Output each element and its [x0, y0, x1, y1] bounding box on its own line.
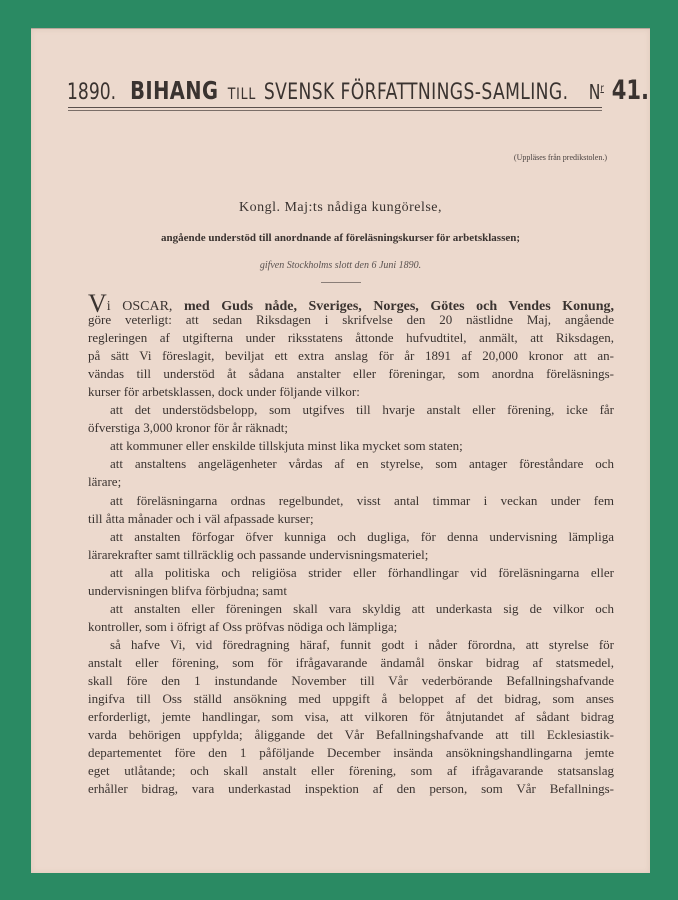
drop-cap: V — [88, 289, 107, 318]
publication-header: 1890. BIHANG TILL SVENSK FÖRFATTNINGS-SA… — [67, 75, 500, 106]
body-line: att kommuner eller enskilde tillskjuta m… — [88, 437, 614, 455]
body-line: lärare; — [88, 473, 614, 491]
body-line: att anstalten eller föreningen skall var… — [88, 600, 614, 618]
body-line: regleringen af utgifterna under riksstat… — [88, 329, 614, 347]
nr-sup: r — [600, 81, 604, 94]
decree-given-date: gifven Stockholms slott den 6 Juni 1890. — [31, 260, 650, 271]
body-line: skall före den 1 instundande November ti… — [88, 672, 614, 690]
header-nr: Nr — [589, 80, 604, 104]
body-line: undervisningen blifva förbjudna; samt — [88, 582, 614, 600]
reading-note: (Uppläses från predikstolen.) — [514, 153, 607, 162]
body-line: till åtta månader och i väl afpassade ku… — [88, 510, 614, 528]
body-line: eget utlåtande; och skall anstalt eller … — [88, 762, 614, 780]
header-rule-bottom — [68, 110, 602, 111]
decree-title: Kongl. Maj:ts nådiga kungörelse, — [31, 200, 650, 216]
header-till: TILL — [228, 84, 256, 103]
body-line: att anstalten förfogar öfver kunniga och… — [88, 528, 614, 546]
body-line: att föreläsningarna ordnas regelbundet, … — [88, 492, 614, 510]
body-line: öfverstiga 3,000 kronor för år räknadt; — [88, 419, 614, 437]
header-rule-top — [68, 107, 602, 108]
body-line: erforderligt, jemte handlingar, som visa… — [88, 708, 614, 726]
body-line: kurser för arbetsklassen, dock under föl… — [88, 383, 614, 401]
nr-prefix: N — [589, 80, 601, 104]
body-line: ingifva till Oss ställd ansökning med up… — [88, 690, 614, 708]
header-number: 41. — [612, 75, 649, 106]
opening-line: Vi OSCAR, med Guds nåde, Sveriges, Norge… — [88, 293, 614, 311]
body-line: lärarekrafter samt tillräcklig och passa… — [88, 546, 614, 564]
body-line: anstalt eller förening, som för ifrågava… — [88, 654, 614, 672]
body-line: att det understödsbelopp, som utgifves t… — [88, 401, 614, 419]
header-bihang: BIHANG — [130, 76, 218, 105]
body-line: så hafve Vi, vid föredragning häraf, fun… — [88, 636, 614, 654]
body-line: på sätt Vi föreslagit, beviljat ett extr… — [88, 347, 614, 365]
body-line: departementet före den 1 påföljande Dece… — [88, 744, 614, 762]
document-page: 1890. BIHANG TILL SVENSK FÖRFATTNINGS-SA… — [31, 28, 650, 873]
body-line: att anstaltens angelägenheter vårdas af … — [88, 455, 614, 473]
body-line: erhåller bidrag, vara underkastad inspek… — [88, 780, 614, 798]
section-divider — [321, 282, 361, 283]
body-line: vändas till understöd åt sådana anstalte… — [88, 365, 614, 383]
body-line: att alla politiska och religiösa strider… — [88, 564, 614, 582]
decree-body: Vi OSCAR, med Guds nåde, Sveriges, Norge… — [88, 293, 614, 798]
body-line: kontroller, som i öfrigt af Oss pröfvas … — [88, 618, 614, 636]
header-title: SVENSK FÖRFATTNINGS-SAMLING. — [264, 80, 569, 105]
body-line: göre veterligt: att sedan Riksdagen i sk… — [88, 311, 614, 329]
header-year: 1890. — [67, 80, 116, 105]
decree-subject: angående understöd till anordnande af fö… — [31, 232, 650, 244]
body-line: varda behörigen uppfylda; åliggande det … — [88, 726, 614, 744]
